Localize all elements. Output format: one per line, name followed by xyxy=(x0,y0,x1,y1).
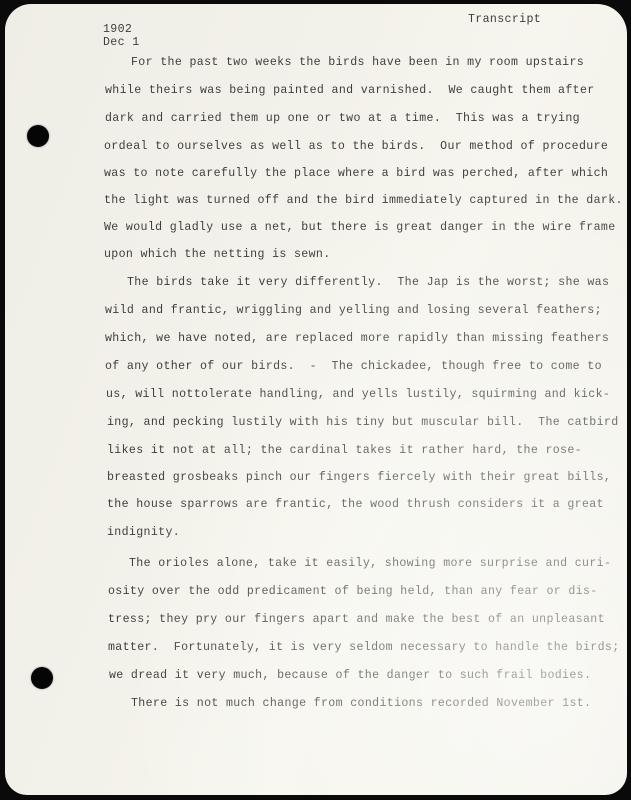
text-line: The orioles alone, take it easily, showi… xyxy=(129,557,611,570)
text-line: while theirs was being painted and varni… xyxy=(105,84,595,97)
text-line: indignity. xyxy=(107,526,180,539)
text-line: breasted grosbeaks pinch our fingers fie… xyxy=(107,471,611,484)
text-line: The birds take it very differently. The … xyxy=(127,276,609,289)
text-line: which, we have noted, are replaced more … xyxy=(105,332,609,345)
text-line: There is not much change from conditions… xyxy=(131,697,591,710)
text-line: was to note carefully the place where a … xyxy=(104,167,608,180)
text-line: upon which the netting is sewn. xyxy=(104,248,331,261)
text-line: of any other of our birds. - The chickad… xyxy=(105,360,602,373)
date-year: 1902 xyxy=(103,23,132,36)
date-day: Dec 1 xyxy=(103,36,140,49)
text-line: tress; they pry our fingers apart and ma… xyxy=(108,613,605,626)
text-line: we dread it very much, because of the da… xyxy=(109,669,591,682)
punch-hole-bottom xyxy=(31,667,53,689)
text-line: ing, and pecking lustily with his tiny b… xyxy=(107,416,619,429)
punch-hole-top xyxy=(27,125,49,147)
typewritten-page: Transcript 1902 Dec 1 For the past two w… xyxy=(5,4,627,795)
transcript-label: Transcript xyxy=(468,13,541,26)
text-line: ordeal to ourselves as well as to the bi… xyxy=(104,140,608,153)
text-line: For the past two weeks the birds have be… xyxy=(131,56,584,69)
text-line: the light was turned off and the bird im… xyxy=(104,194,623,207)
text-line: dark and carried them up one or two at a… xyxy=(105,112,580,125)
text-line: wild and frantic, wriggling and yelling … xyxy=(105,304,602,317)
text-line: matter. Fortunately, it is very seldom n… xyxy=(108,641,620,654)
text-line: us, will nottolerate handling, and yells… xyxy=(106,388,610,401)
text-line: the house sparrows are frantic, the wood… xyxy=(107,498,604,511)
text-line: We would gladly use a net, but there is … xyxy=(104,221,616,234)
text-line: osity over the odd predicament of being … xyxy=(108,585,598,598)
text-line: likes it not at all; the cardinal takes … xyxy=(107,444,582,457)
